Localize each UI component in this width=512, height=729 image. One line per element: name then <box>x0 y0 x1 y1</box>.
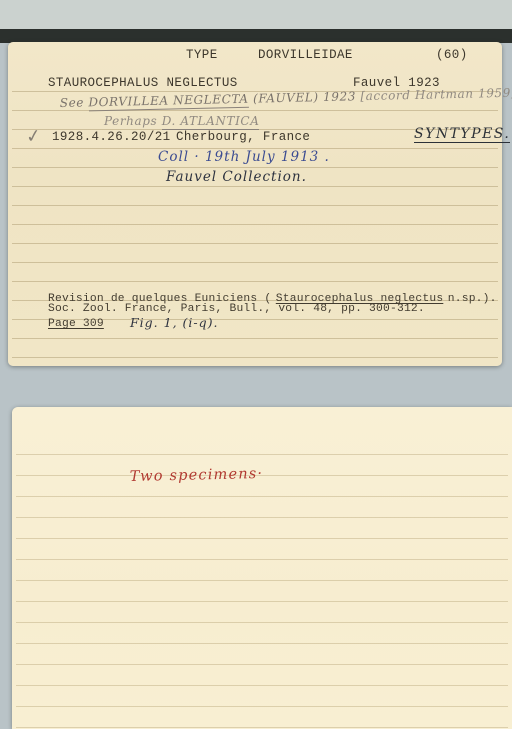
pencil-synonym-name: DORVILLEA NEGLECTA <box>88 92 249 112</box>
scan-dark-edge <box>0 29 512 43</box>
species-name: STAUROCEPHALUS NEGLECTUS <box>48 76 238 90</box>
specimen-card-front: TYPE DORVILLEIDAE (60) STAUROCEPHALUS NE… <box>8 42 502 366</box>
family-name: DORVILLEIDAE <box>258 48 353 62</box>
scanner-background-top <box>0 0 512 30</box>
pencil-citation: (FAUVEL) 1923 <box>253 89 361 105</box>
registration-number: 1928.4.26.20/21 <box>52 130 171 144</box>
type-label: TYPE <box>186 48 218 62</box>
pencil-perhaps-note: Perhaps D. ATLANTICA <box>104 112 259 130</box>
collection-date-note: Coll · 19th July 1913 . <box>158 149 330 165</box>
reference-title-post: n.sp.). <box>448 293 497 305</box>
checkmark-mark: ✓ <box>25 125 43 148</box>
pencil-accord-bracket: [accord Hartman 1959] <box>360 86 512 104</box>
reference-line-2: Soc. Zool. France, Paris, Bull., vol. 48… <box>48 303 425 315</box>
type-status-note: SYNTYPES. <box>414 126 510 143</box>
reference-figure-note: Fig. 1, (i-q). <box>130 315 218 330</box>
pencil-perhaps-name: D. ATLANTICA <box>162 114 260 130</box>
locality: Cherbourg, France <box>176 130 310 144</box>
specimen-card-back: Two specimens· <box>12 407 512 729</box>
card-number: (60) <box>436 48 468 62</box>
collection-name-note: Fauvel Collection. <box>166 169 307 185</box>
reference-page: Page 309 <box>48 318 104 330</box>
specimen-count-note: Two specimens· <box>130 466 264 485</box>
pencil-see-prefix: See <box>60 95 89 110</box>
pencil-perhaps-prefix: Perhaps <box>104 114 162 128</box>
